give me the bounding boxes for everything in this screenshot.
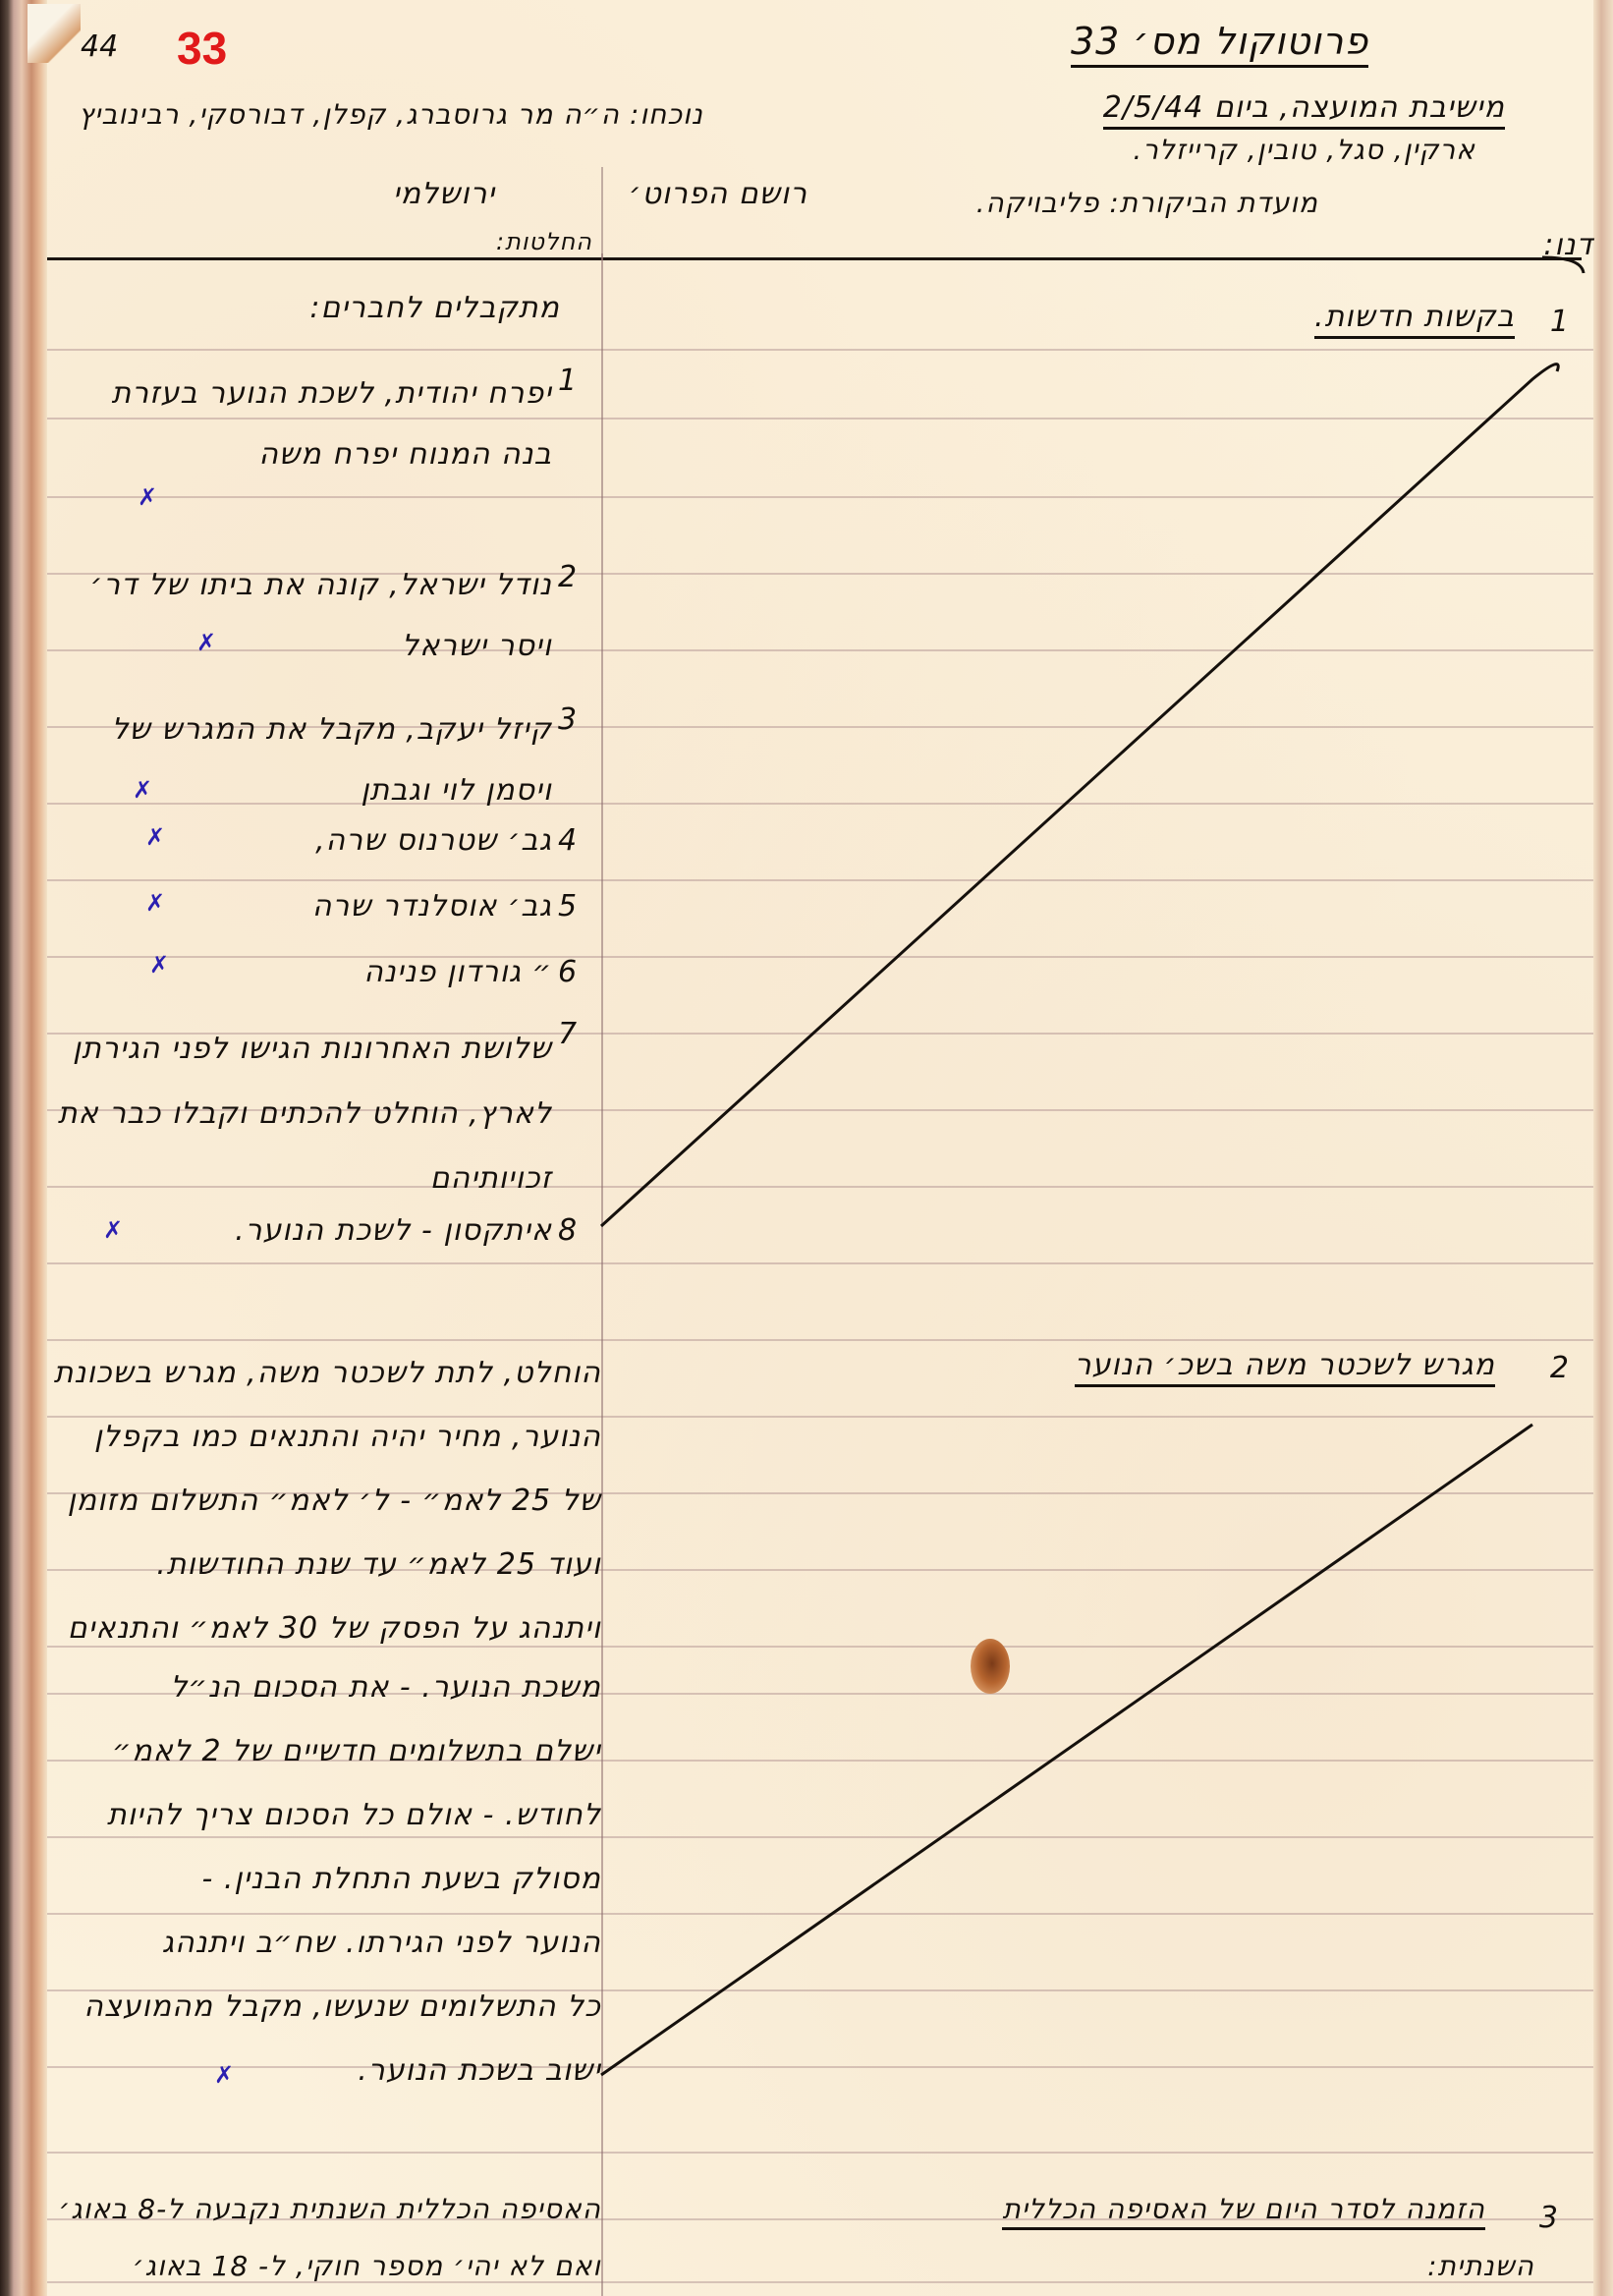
decision-line: האסיפה הכללית השנתית נקבעה ל-8 באוג׳ bbox=[59, 2193, 601, 2225]
page-stamp-number: 33 bbox=[177, 22, 227, 75]
decision-marker: 5 bbox=[558, 889, 578, 924]
decision-item-text: גב׳ שטרנוס שרה, bbox=[315, 823, 552, 858]
ink-stain bbox=[971, 1639, 1010, 1694]
recorder-label: רושם הפרוט׳ bbox=[629, 177, 807, 211]
protocol-title: פרוטוקול מס׳ 33 bbox=[1071, 20, 1368, 68]
meeting-date-line: מישיבת המועצה, ביום 2/5/44 bbox=[1103, 90, 1505, 130]
decision-line: מסולק בשעת התחלת הבנין. - bbox=[202, 1862, 601, 1896]
decision-item-text: יפרח יהודית, לשכת הנוער בעזרת בנה המנוח … bbox=[61, 364, 552, 485]
decisions-column-header: החלטות: bbox=[496, 228, 592, 255]
attendees-line: נוכחו: ה״ה מר גרוסברג, קפלן, דבורסקי, רב… bbox=[79, 98, 703, 131]
decision-line: ואם לא יהי׳ מספר חוקי, ל- 18 באוג׳ bbox=[133, 2250, 601, 2282]
agenda-item-1-title: בקשות חדשות. bbox=[1314, 300, 1515, 339]
checkmark-icon: ✗ bbox=[133, 776, 152, 804]
checkmark-icon: ✗ bbox=[214, 2061, 234, 2089]
ruled-line bbox=[47, 2152, 1593, 2154]
decision-line: של 25 לאמ״ - ל׳ לאמ״ התשלום מזומן bbox=[68, 1484, 601, 1518]
recorder-divider bbox=[601, 167, 603, 260]
checkmark-icon: ✗ bbox=[149, 951, 169, 979]
decision-line: לחודש. - אולם כל הסכום צריך להיות bbox=[107, 1798, 601, 1832]
decision-marker: 4 bbox=[558, 823, 578, 858]
decision-item-text: ״ גורדון פנינה bbox=[363, 955, 552, 989]
decision-line: ישלם בתשלומים חדשיים של 2 לאמ״ bbox=[112, 1734, 601, 1768]
ruled-line bbox=[47, 1416, 1593, 1418]
agenda-item-3-title: הזמנה לסדר היום של האסיפה הכללית bbox=[1002, 2193, 1485, 2230]
decision-marker: 2 bbox=[558, 560, 578, 594]
handwritten-page-number: 44 bbox=[81, 29, 118, 64]
decision-line: הנוער לפני הגירתו. שח״ב ויתנהג bbox=[162, 1926, 601, 1960]
agenda-item-3-number: 3 bbox=[1539, 2201, 1559, 2235]
checkmark-icon: ✗ bbox=[138, 483, 157, 511]
torn-corner bbox=[28, 4, 81, 63]
decision-marker: 7 bbox=[558, 1017, 578, 1051]
agenda-item-2-number: 2 bbox=[1550, 1351, 1570, 1385]
header-divider-line bbox=[39, 257, 1582, 260]
ruled-line bbox=[47, 879, 1593, 881]
decision-marker: 6 bbox=[558, 955, 578, 989]
ruled-line bbox=[47, 349, 1593, 351]
decision-line: ישוב בשכת הנוער. bbox=[358, 2053, 601, 2088]
ruled-line bbox=[47, 1339, 1593, 1341]
decision-line: ויתנהג על הפסק של 30 לאמ״ והתנאים bbox=[68, 1611, 601, 1646]
ruled-line bbox=[47, 496, 1593, 498]
decision-marker: 8 bbox=[558, 1213, 578, 1248]
recorder-name: ירושלמי bbox=[393, 177, 495, 211]
discussed-column-header: דנו: bbox=[1543, 228, 1593, 262]
decision-item-text: שלושת האחרונות הגישו לפני הגירתן לארץ, ה… bbox=[31, 1017, 552, 1211]
agenda-item-1-number: 1 bbox=[1550, 305, 1570, 339]
checkmark-icon: ✗ bbox=[196, 629, 216, 656]
column-divider bbox=[601, 253, 603, 2296]
checkmark-icon: ✗ bbox=[145, 889, 165, 917]
checkmark-icon: ✗ bbox=[103, 1216, 123, 1244]
agenda-item-3-continuation: השנתית: bbox=[1427, 2250, 1534, 2282]
decision-item-text: נודל ישראל, קונה את ביתו של דר׳ ויסר ישר… bbox=[81, 555, 552, 677]
attendees-line-2: ארקין, סגל, טובין, קרייזלר. bbox=[1133, 134, 1475, 166]
decision-line: הנוער, מחיר יהיה והתנאים כמו בקפלן bbox=[94, 1420, 601, 1454]
decision-line: כל התשלומים שנעשו, מקבל מהמועצה bbox=[83, 1989, 601, 2024]
checkmark-icon: ✗ bbox=[145, 823, 165, 851]
ruled-line bbox=[47, 1646, 1593, 1648]
agenda-item-2-title: מגרש לשכטר משה בשכ׳ הנוער bbox=[1075, 1348, 1495, 1387]
decision-item-text: גב׳ אוסלנדר שרה bbox=[312, 889, 552, 924]
ruled-line bbox=[47, 1913, 1593, 1915]
ruled-line bbox=[47, 1262, 1593, 1264]
ruled-line bbox=[47, 2066, 1593, 2068]
decision-line: משכת הנוער. - את הסכום הנ״ל bbox=[170, 1670, 601, 1705]
decision-marker: 3 bbox=[558, 702, 578, 737]
ruled-line bbox=[47, 1836, 1593, 1838]
decisions-heading: מתקבלים לחברים: bbox=[309, 291, 560, 325]
audit-committee-line: מועדת הביקורת: פליבויקה. bbox=[976, 187, 1318, 219]
decision-item-text: איתקסון - לשכת הנוער. bbox=[235, 1213, 552, 1248]
page-edge bbox=[1593, 0, 1613, 2296]
decision-line: הוחלט, לתת לשכטר משה, מגרש בשכונת bbox=[54, 1356, 601, 1390]
ruled-line bbox=[47, 956, 1593, 958]
notebook-page: 44 33 פרוטוקול מס׳ 33 מישיבת המועצה, ביו… bbox=[0, 0, 1613, 2296]
decision-marker: 1 bbox=[558, 364, 578, 398]
decision-line: ועוד 25 לאמ״ עד שנת החודשות. bbox=[156, 1547, 601, 1582]
